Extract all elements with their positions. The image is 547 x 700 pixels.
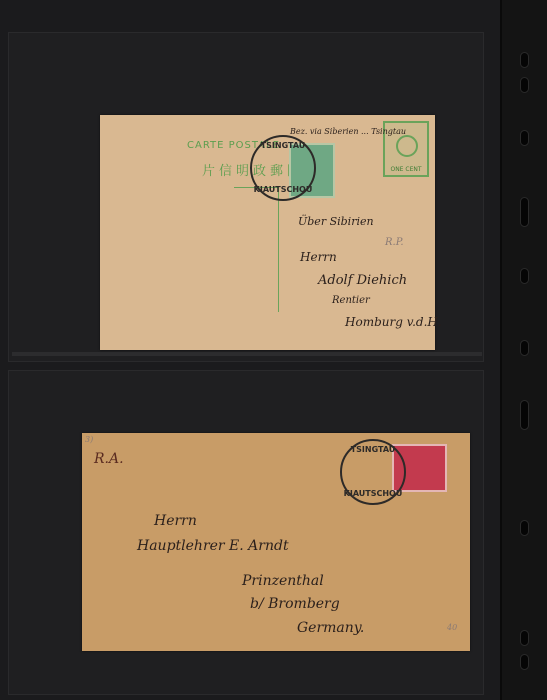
handwriting: Über Sibirien <box>298 215 374 228</box>
postmark: TSINGTAU KIAUTSCHOU <box>250 135 316 201</box>
handwriting: Homburg v.d.H. <box>345 315 442 329</box>
flag-icon <box>396 135 418 157</box>
handwriting: b/ Bromberg <box>250 596 340 612</box>
binder-hole <box>520 400 529 430</box>
pencil-note: R.P. <box>385 237 404 248</box>
binder-hole <box>520 52 529 68</box>
binder-hole <box>520 268 529 284</box>
handwriting: Herrn <box>300 250 337 264</box>
handwriting: Hauptlehrer E. Arndt <box>137 538 289 554</box>
handwriting: Rentier <box>332 295 370 306</box>
handwriting: Bez. via Siberien ... Tsingtau <box>290 127 406 136</box>
strip-lip <box>12 352 482 356</box>
postmark-top: TSINGTAU <box>252 141 314 150</box>
binder-hole <box>520 630 529 646</box>
handwriting: Prinzenthal <box>242 573 324 589</box>
postmark-bottom: KIAUTSCHOU <box>252 185 314 194</box>
binder-hole <box>520 340 529 356</box>
pencil-note: 40 <box>447 623 457 632</box>
divider <box>278 187 279 312</box>
binder-hole <box>520 77 529 93</box>
binder-hole <box>520 654 529 670</box>
indicia-value: ONE CENT <box>385 166 427 173</box>
envelope: TSINGTAU KIAUTSCHOU 3) R.A. Herrn Hauptl… <box>82 433 470 651</box>
handwriting: Germany. <box>297 620 364 636</box>
handwriting: Adolf Diehich <box>318 273 407 288</box>
binder-hole <box>520 197 529 227</box>
postmark-bottom: KIAUTSCHOU <box>342 489 404 498</box>
album-page: CARTE POSTALE 片信明政郵國民 ONE CENT TSINGTAU … <box>0 0 547 700</box>
binder-hole <box>520 520 529 536</box>
postmark: TSINGTAU KIAUTSCHOU <box>340 439 406 505</box>
postcard: CARTE POSTALE 片信明政郵國民 ONE CENT TSINGTAU … <box>100 115 435 350</box>
binder-hole <box>520 130 529 146</box>
handwriting: Herrn <box>154 513 197 529</box>
pencil-note: 3) <box>85 435 93 444</box>
postmark-top: TSINGTAU <box>342 445 404 454</box>
handwriting: R.A. <box>94 451 124 467</box>
